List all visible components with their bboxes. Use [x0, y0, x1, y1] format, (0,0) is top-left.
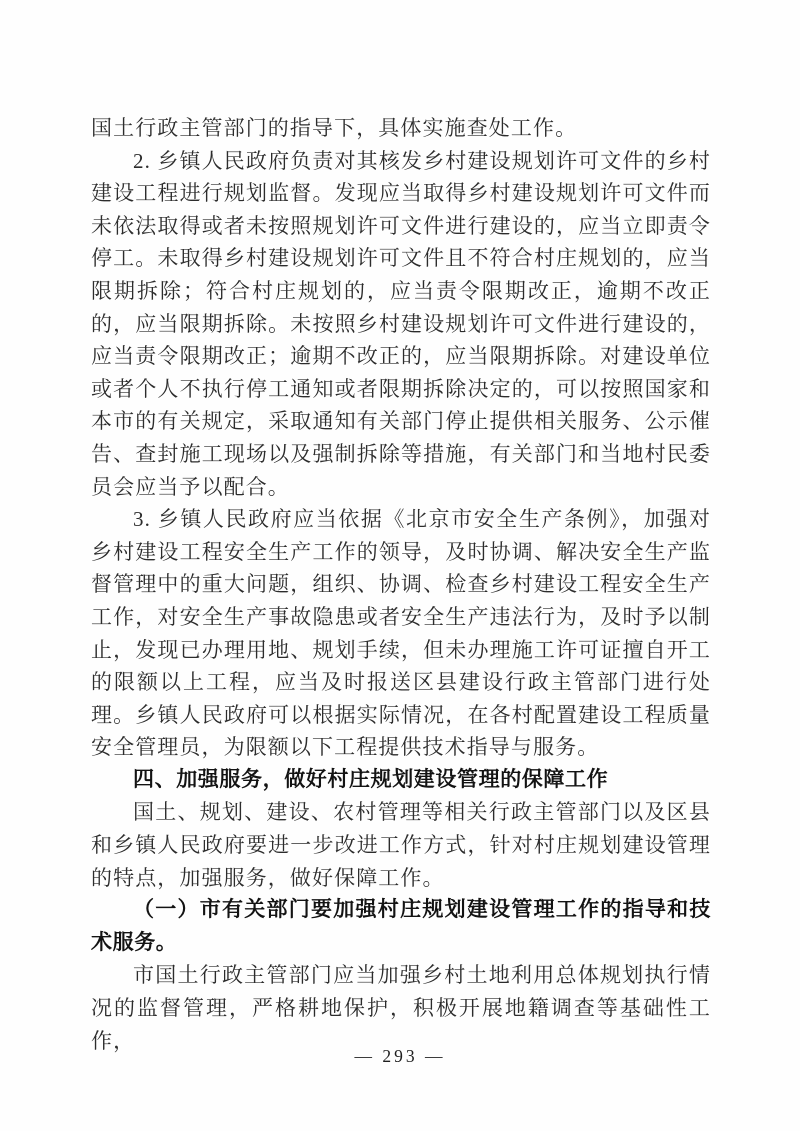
document-page: 国土行政主管部门的指导下，具体实施查处工作。2. 乡镇人民政府负责对其核发乡村建… [0, 0, 800, 1131]
paragraph: 国土、规划、建设、农村管理等相关行政主管部门以及区县和乡镇人民政府要进一步改进工… [91, 796, 711, 894]
paragraph: 2. 乡镇人民政府负责对其核发乡村建设规划许可文件的乡村建设工程进行规划监督。发… [91, 145, 711, 504]
page-footer: — 293 — [0, 1046, 800, 1067]
document-body: 国土行政主管部门的指导下，具体实施查处工作。2. 乡镇人民政府负责对其核发乡村建… [91, 112, 711, 1057]
paragraph: 市国土行政主管部门应当加强乡村土地利用总体规划执行情况的监督管理，严格耕地保护，… [91, 959, 711, 1057]
paragraph: （一）市有关部门要加强村庄规划建设管理工作的指导和技术服务。 [91, 894, 711, 959]
paragraph: 3. 乡镇人民政府应当依据《北京市安全生产条例》，加强对乡村建设工程安全生产工作… [91, 503, 711, 764]
paragraph: 四、加强服务，做好村庄规划建设管理的保障工作 [91, 764, 711, 797]
page-number: — 293 — [355, 1046, 446, 1066]
paragraph: 国土行政主管部门的指导下，具体实施查处工作。 [91, 112, 711, 145]
